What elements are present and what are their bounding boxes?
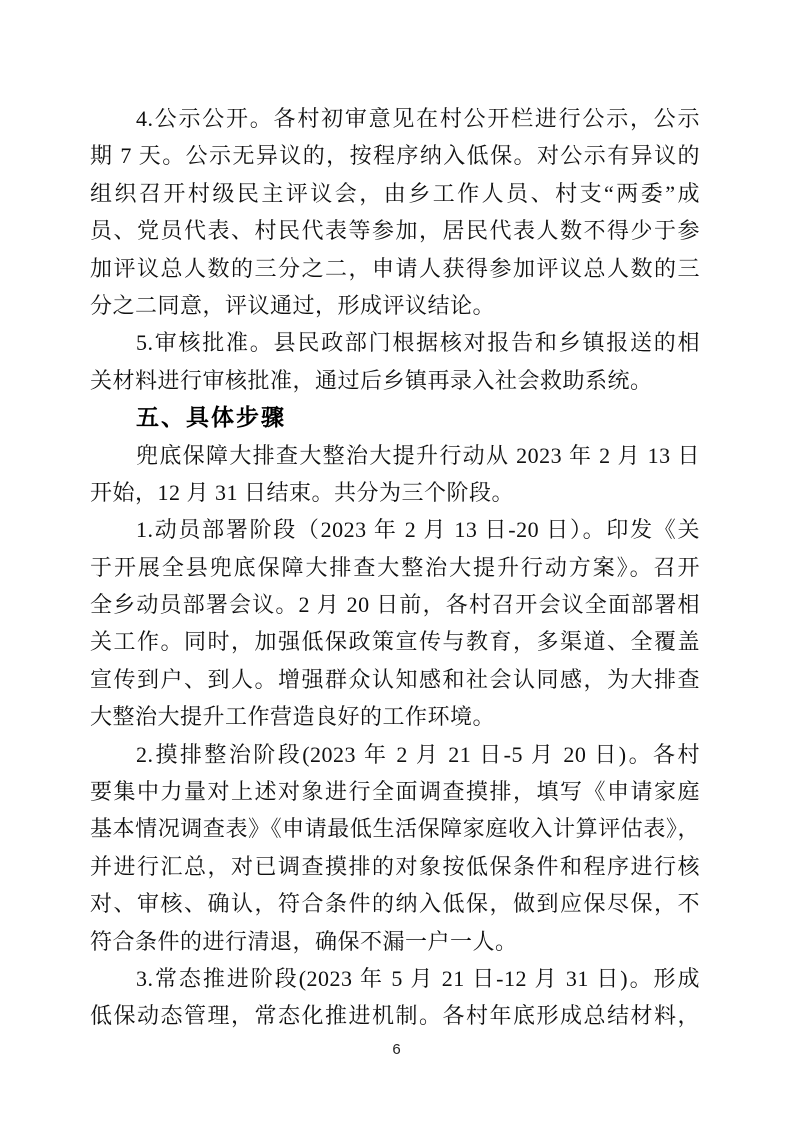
text-line: 要集中力量对上述对象进行全面调查摸排，填写《申请家庭 <box>90 773 700 810</box>
text-line: 基本情况调查表》《申请最低生活保障家庭收入计算评估表》， <box>90 810 700 847</box>
text-line: 分之二同意，评议通过，形成评议结论。 <box>90 287 700 324</box>
page-number: 6 <box>0 1041 793 1058</box>
text-line: 期 7 天。公示无异议的，按程序纳入低保。对公示有异议的 <box>90 137 700 174</box>
text-line: 低保动态管理，常态化推进机制。各村年底形成总结材料， <box>90 997 700 1034</box>
section-5-heading: 五、具体步骤 <box>90 399 700 436</box>
text-line: 4.公示公开。各村初审意见在村公开栏进行公示，公示 <box>90 100 700 137</box>
text-line: 5.审核批准。县民政部门根据核对报告和乡镇报送的相 <box>90 324 700 361</box>
text-line: 关材料进行审核批准，通过后乡镇再录入社会救助系统。 <box>90 362 700 399</box>
text-line: 关工作。同时，加强低保政策宣传与教育，多渠道、全覆盖 <box>90 623 700 660</box>
text-line: 组织召开村级民主评议会，由乡工作人员、村支“两委”成 <box>90 175 700 212</box>
text-line: 宣传到户、到人。增强群众认知感和社会认同感，为大排查 <box>90 661 700 698</box>
text-line: 于开展全县兜底保障大排查大整治大提升行动方案》。召开 <box>90 549 700 586</box>
text-line: 兜底保障大排查大整治大提升行动从 2023 年 2 月 13 日 <box>90 437 700 474</box>
text-line: 并进行汇总，对已调查摸排的对象按低保条件和程序进行核 <box>90 848 700 885</box>
text-line: 1.动员部署阶段（2023 年 2 月 13 日-20 日）。印发《关 <box>90 511 700 548</box>
text-line: 3.常态推进阶段(2023 年 5 月 21 日-12 月 31 日)。形成 <box>90 960 700 997</box>
document-page: 4.公示公开。各村初审意见在村公开栏进行公示，公示期 7 天。公示无异议的，按程… <box>0 0 793 1122</box>
document-body: 4.公示公开。各村初审意见在村公开栏进行公示，公示期 7 天。公示无异议的，按程… <box>90 100 700 1035</box>
text-line: 全乡动员部署会议。2 月 20 日前，各村召开会议全面部署相 <box>90 586 700 623</box>
text-line: 符合条件的进行清退，确保不漏一户一人。 <box>90 923 700 960</box>
text-line: 加评议总人数的三分之二，申请人获得参加评议总人数的三 <box>90 250 700 287</box>
text-line: 对、审核、确认，符合条件的纳入低保，做到应保尽保，不 <box>90 885 700 922</box>
text-line: 员、党员代表、村民代表等参加，居民代表人数不得少于参 <box>90 212 700 249</box>
text-line: 2.摸排整治阶段(2023 年 2 月 21 日-5 月 20 日)。各村 <box>90 736 700 773</box>
text-line: 开始，12 月 31 日结束。共分为三个阶段。 <box>90 474 700 511</box>
text-line: 大整治大提升工作营造良好的工作环境。 <box>90 698 700 735</box>
